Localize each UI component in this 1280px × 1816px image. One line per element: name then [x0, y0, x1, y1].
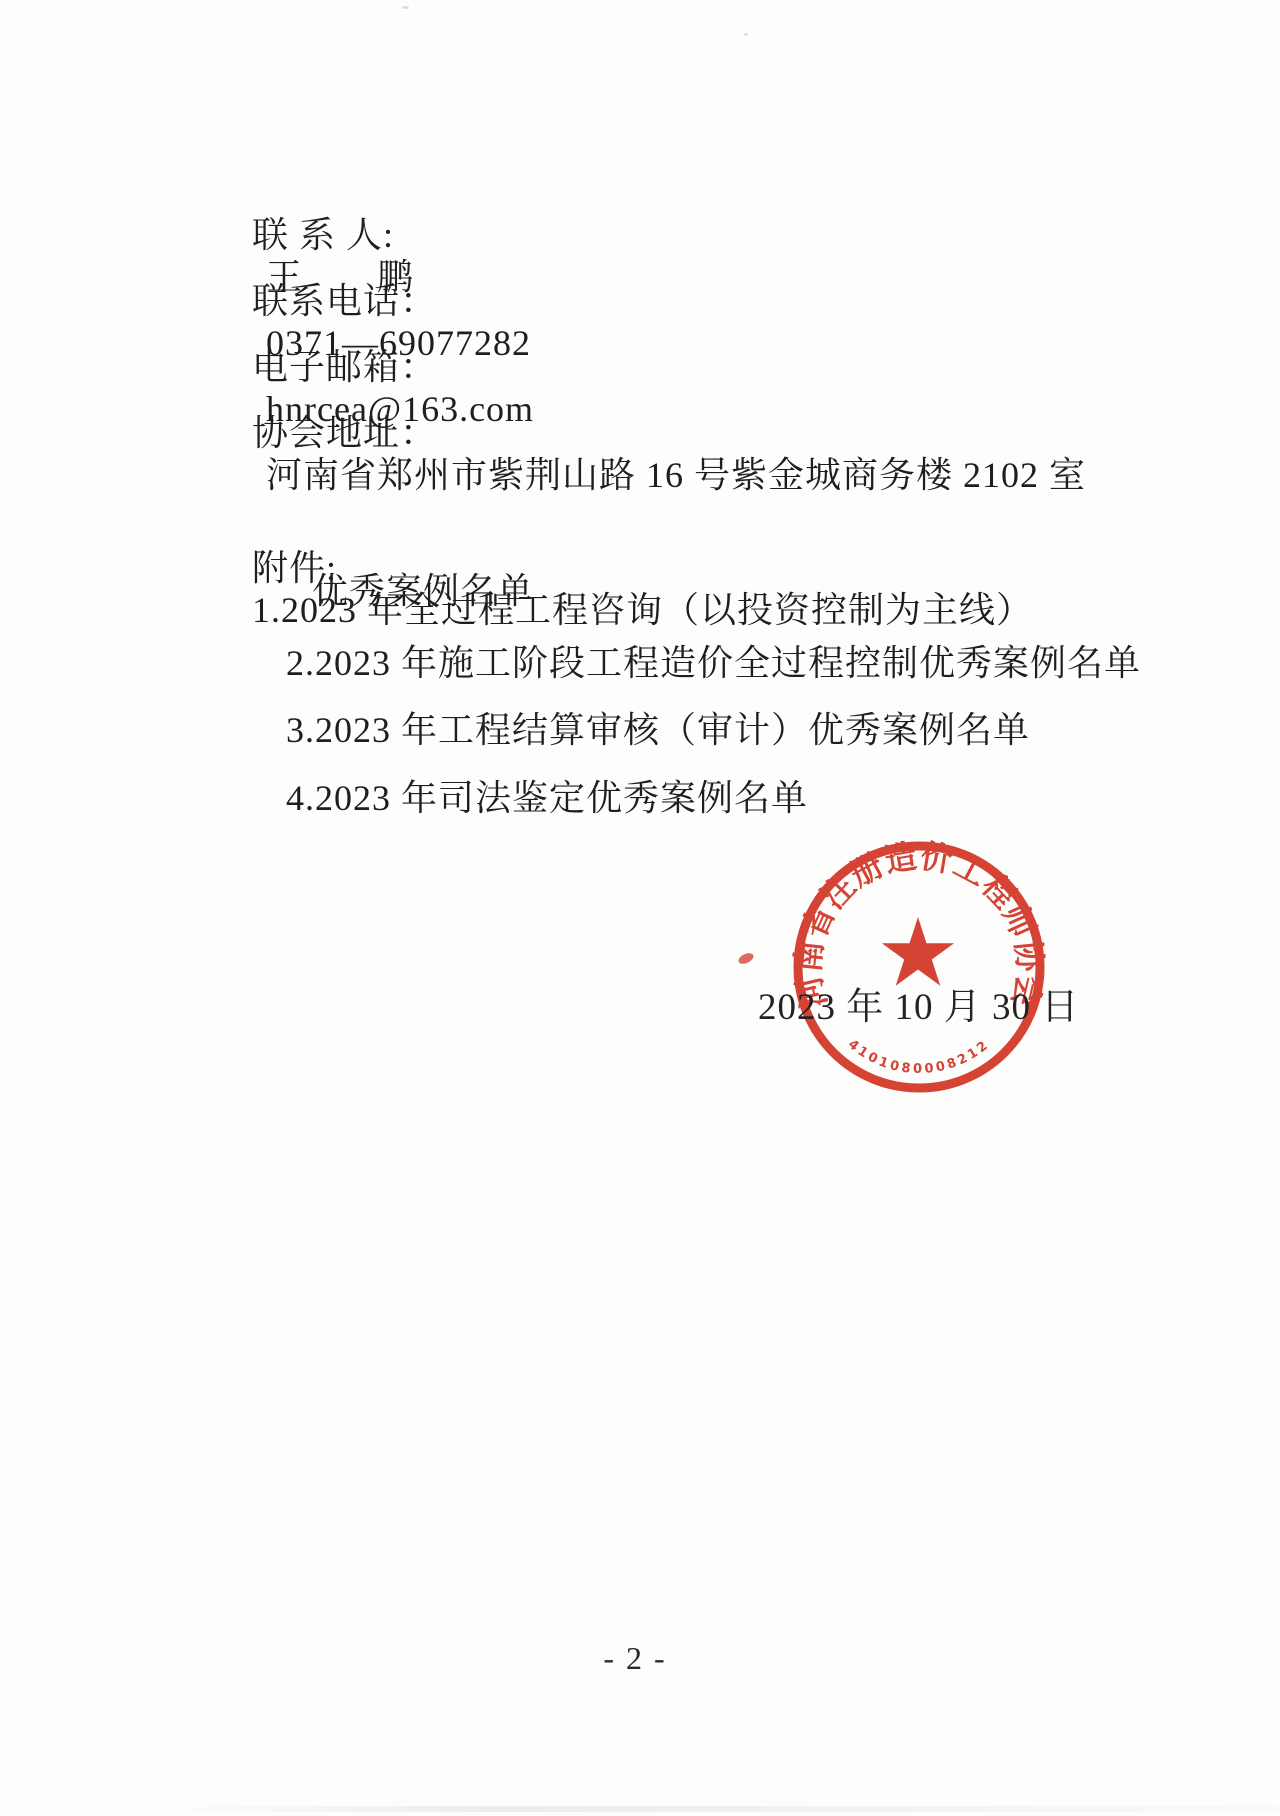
scanned-document-page: 联 系 人: 王 鹏 联系电话： 0371—69077282 电子邮箱： hnr…	[0, 0, 1280, 1816]
attachment-item-2: 2.2023 年施工阶段工程造价全过程控制优秀案例名单	[286, 642, 1141, 684]
official-seal: 河南省注册造价工程师协会 4101080008212	[784, 832, 1054, 1102]
scan-noise-speck	[744, 33, 748, 36]
contact-address-value: 河南省郑州市紫荆山路 16 号紫金城商务楼 2102 室	[266, 454, 1086, 496]
document-date: 2023 年 10 月 30 日	[758, 976, 1079, 1030]
seal-serial-number: 4101080008212	[845, 1037, 993, 1077]
attachment-item-4: 4.2023 年司法鉴定优秀案例名单	[286, 777, 808, 819]
red-ink-speck	[737, 951, 755, 966]
seal-serial-holder: 4101080008212	[845, 1037, 993, 1077]
contact-address-label: 协会地址：	[252, 412, 437, 454]
scan-edge-shadow	[160, 1806, 1280, 1812]
scan-noise-speck	[402, 6, 409, 9]
attachment-item-3: 3.2023 年工程结算审核（审计）优秀案例名单	[286, 709, 1030, 751]
page-number: - 2 -	[0, 1640, 1270, 1677]
attachment-item-1-continuation: 优秀案例名单	[312, 570, 534, 612]
